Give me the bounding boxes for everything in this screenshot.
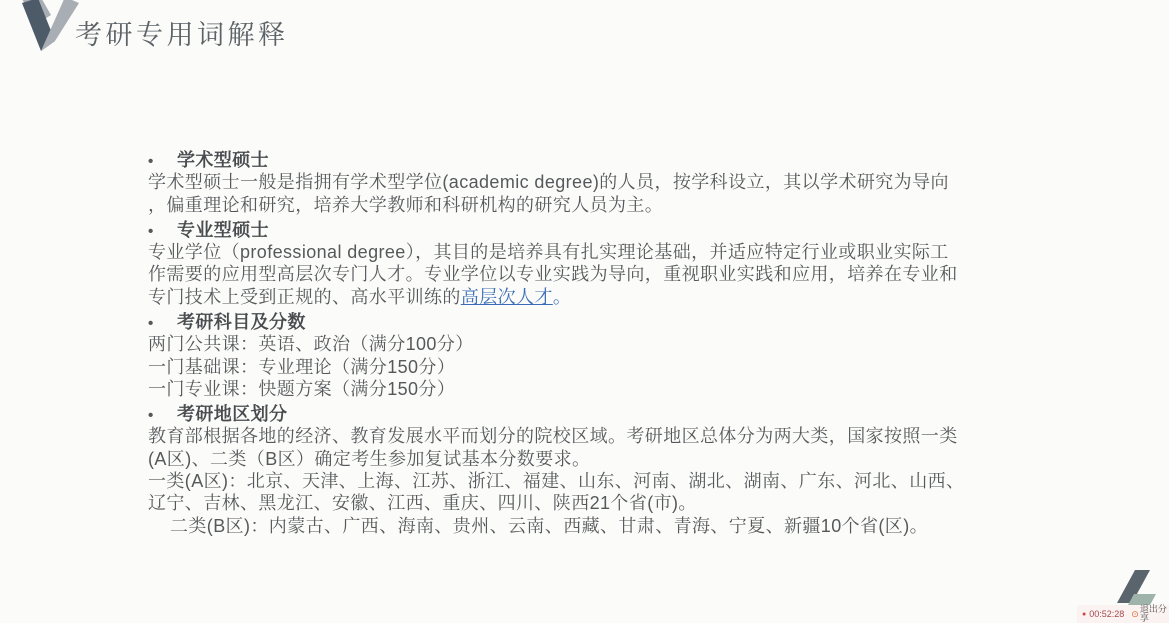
text-line: 一门专业课：快题方案（满分150分）	[148, 378, 1008, 400]
text-line: 专业学位（professional degree），其目的是培养具有扎实理论基础…	[148, 241, 1008, 263]
header-label: 考研地区划分	[177, 404, 287, 424]
bullet-header: •专业型硕士	[148, 219, 1008, 241]
text-line: 一门基础课：专业理论（满分150分）	[148, 356, 1008, 378]
bullet-icon: •	[148, 221, 162, 243]
exit-share-button[interactable]: ⊙ 退出分享	[1131, 605, 1169, 623]
header-label: 专业型硕士	[177, 220, 269, 240]
text-line: 专门技术上受到正规的、高水平训练的高层次人才。	[148, 286, 1008, 308]
text-line: 辽宁、吉林、黑龙江、安徽、江西、重庆、四川、陕西21个省(市)。	[148, 492, 1008, 514]
corner-logo-icon	[1095, 563, 1165, 608]
share-timestamp: 00:52:28	[1089, 610, 1124, 619]
bullet-icon: •	[148, 405, 162, 427]
text-line: ，偏重理论和研究，培养大学教师和科研机构的研究人员为主。	[148, 194, 1008, 216]
exit-share-icon: ⊙	[1131, 610, 1139, 619]
bullet-header: •考研地区划分	[148, 403, 1008, 425]
text-line: (A区)、二类（B区）确定考生参加复试基本分数要求。	[148, 448, 1008, 470]
text-line: 两门公共课：英语、政治（满分100分）	[148, 333, 1008, 355]
text-line: 学术型硕士一般是指拥有学术型学位(academic degree)的人员，按学科…	[148, 171, 1008, 193]
bullet-icon: •	[148, 151, 162, 173]
text-line: 作需要的应用型高层次专门人才。专业学位以专业实践为导向，重视职业实践和应用，培养…	[148, 263, 1008, 285]
content-lines: •学术型硕士学术型硕士一般是指拥有学术型学位(academic degree)的…	[148, 149, 1008, 537]
recording-dot-icon: ●	[1082, 611, 1086, 618]
page-title: 考研专用词解释	[75, 13, 289, 52]
text-line: 教育部根据各地的经济、教育发展水平而划分的院校区域。考研地区总体分为两大类，国家…	[148, 425, 1008, 447]
screen-share-bar: ● 00:52:28 ⊙ 退出分享	[1077, 605, 1169, 623]
text-line: 二类(B区)：内蒙古、广西、海南、贵州、云南、西藏、甘肃、青海、宁夏、新疆10个…	[148, 515, 1008, 537]
bullet-icon: •	[148, 313, 162, 335]
exit-share-label: 退出分享	[1140, 605, 1169, 623]
text-segment: 专门技术上受到正规的、高水平训练的	[148, 287, 461, 307]
text-line: 一类(A区)：北京、天津、上海、江苏、浙江、福建、山东、河南、湖北、湖南、广东、…	[148, 470, 1008, 492]
text-segment: 。	[553, 287, 571, 307]
bullet-header: •考研科目及分数	[148, 311, 1008, 333]
bullet-header: •学术型硕士	[148, 149, 1008, 171]
inline-link[interactable]: 高层次人才	[461, 287, 553, 307]
header-label: 学术型硕士	[177, 150, 269, 170]
content-block: •学术型硕士学术型硕士一般是指拥有学术型学位(academic degree)的…	[148, 149, 1008, 537]
header-label: 考研科目及分数	[177, 312, 306, 332]
